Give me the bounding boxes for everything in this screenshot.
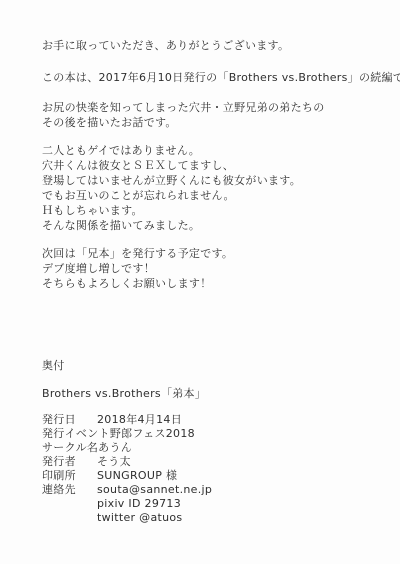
paragraph-thanks: お手に取っていただき、ありがとうございます。 bbox=[42, 38, 382, 53]
afterword-line: その後を描いたお話です。 bbox=[42, 115, 382, 130]
afterword-page: お手に取っていただき、ありがとうございます。 この本は、2017年6月10日発行… bbox=[0, 0, 400, 564]
colophon-row-value: 野郎フェス2018 bbox=[110, 427, 195, 441]
afterword-line: そちらもよろしくお願いします！ bbox=[42, 276, 382, 291]
colophon-row-label: 連絡先 bbox=[42, 483, 97, 497]
paragraph-book-info: この本は、2017年6月10日発行の「Brothers vs.Brothers」… bbox=[42, 70, 382, 85]
colophon-row-publisher: 発行者 そう太 bbox=[42, 455, 382, 469]
paragraph-next-book: 次回は「兄本」を発行する予定です。 デブ度増し増しです！ そちらもよろしくお願い… bbox=[42, 246, 382, 291]
paragraph-characters: 二人ともゲイではありません。 穴井くんは彼女とＳＥＸしてますし、 登場してはいま… bbox=[42, 143, 382, 233]
colophon-row-label bbox=[42, 511, 97, 525]
colophon-row-value: pixiv ID 29713 bbox=[97, 497, 181, 511]
afterword-line: お尻の快楽を知ってしまった穴井・立野兄弟の弟たちの bbox=[42, 100, 382, 115]
afterword-line: 二人ともゲイではありません。 bbox=[42, 143, 382, 158]
colophon-row-publish-date: 発行日 2018年4月14日 bbox=[42, 413, 382, 427]
colophon-row-value: 2018年4月14日 bbox=[97, 413, 182, 427]
afterword-line: 次回は「兄本」を発行する予定です。 bbox=[42, 246, 382, 261]
colophon-heading: 奥付 bbox=[42, 358, 382, 373]
afterword-line: この本は、2017年6月10日発行の「Brothers vs.Brothers」… bbox=[42, 70, 382, 85]
colophon-row-event: 発行イベント 野郎フェス2018 bbox=[42, 427, 382, 441]
afterword-line: 登場してはいませんが立野くんにも彼女がいます。 bbox=[42, 173, 382, 188]
colophon-row-printer: 印刷所 SUNGROUP 様 bbox=[42, 469, 382, 483]
colophon-row-value: そう太 bbox=[97, 455, 131, 469]
colophon-row-label: サークル名 bbox=[42, 441, 98, 455]
colophon-row-contact-email: 連絡先 souta@sannet.ne.jp bbox=[42, 483, 382, 497]
colophon-rows: 発行日 2018年4月14日 発行イベント 野郎フェス2018 サークル名 あう… bbox=[42, 413, 382, 525]
colophon-row-value: あうん bbox=[98, 441, 132, 455]
colophon-book-title: Brothers vs.Brothers「弟本」 bbox=[42, 386, 382, 401]
colophon-row-value: twitter @atuos bbox=[97, 511, 182, 525]
afterword-line: 穴井くんは彼女とＳＥＸしてますし、 bbox=[42, 158, 382, 173]
colophon-row-circle: サークル名 あうん bbox=[42, 441, 382, 455]
afterword-line: そんな関係を描いてみました。 bbox=[42, 218, 382, 233]
colophon-row-value: SUNGROUP 様 bbox=[97, 469, 177, 483]
colophon-row-label: 発行者 bbox=[42, 455, 97, 469]
afterword-line: Ｈもしちゃいます。 bbox=[42, 203, 382, 218]
afterword-line: デブ度増し増しです！ bbox=[42, 261, 382, 276]
colophon-row-label: 発行日 bbox=[42, 413, 97, 427]
colophon-row-twitter: twitter @atuos bbox=[42, 511, 382, 525]
colophon-row-label bbox=[42, 497, 97, 511]
colophon-row-pixiv-id: pixiv ID 29713 bbox=[42, 497, 382, 511]
paragraph-story-summary: お尻の快楽を知ってしまった穴井・立野兄弟の弟たちの その後を描いたお話です。 bbox=[42, 100, 382, 130]
colophon-section: 奥付 Brothers vs.Brothers「弟本」 発行日 2018年4月1… bbox=[42, 358, 382, 525]
colophon-row-label: 印刷所 bbox=[42, 469, 97, 483]
afterword-line: お手に取っていただき、ありがとうございます。 bbox=[42, 38, 382, 53]
afterword-line: でもお互いのことが忘れられません。 bbox=[42, 188, 382, 203]
colophon-row-value: souta@sannet.ne.jp bbox=[97, 483, 212, 497]
colophon-row-label: 発行イベント bbox=[42, 427, 110, 441]
